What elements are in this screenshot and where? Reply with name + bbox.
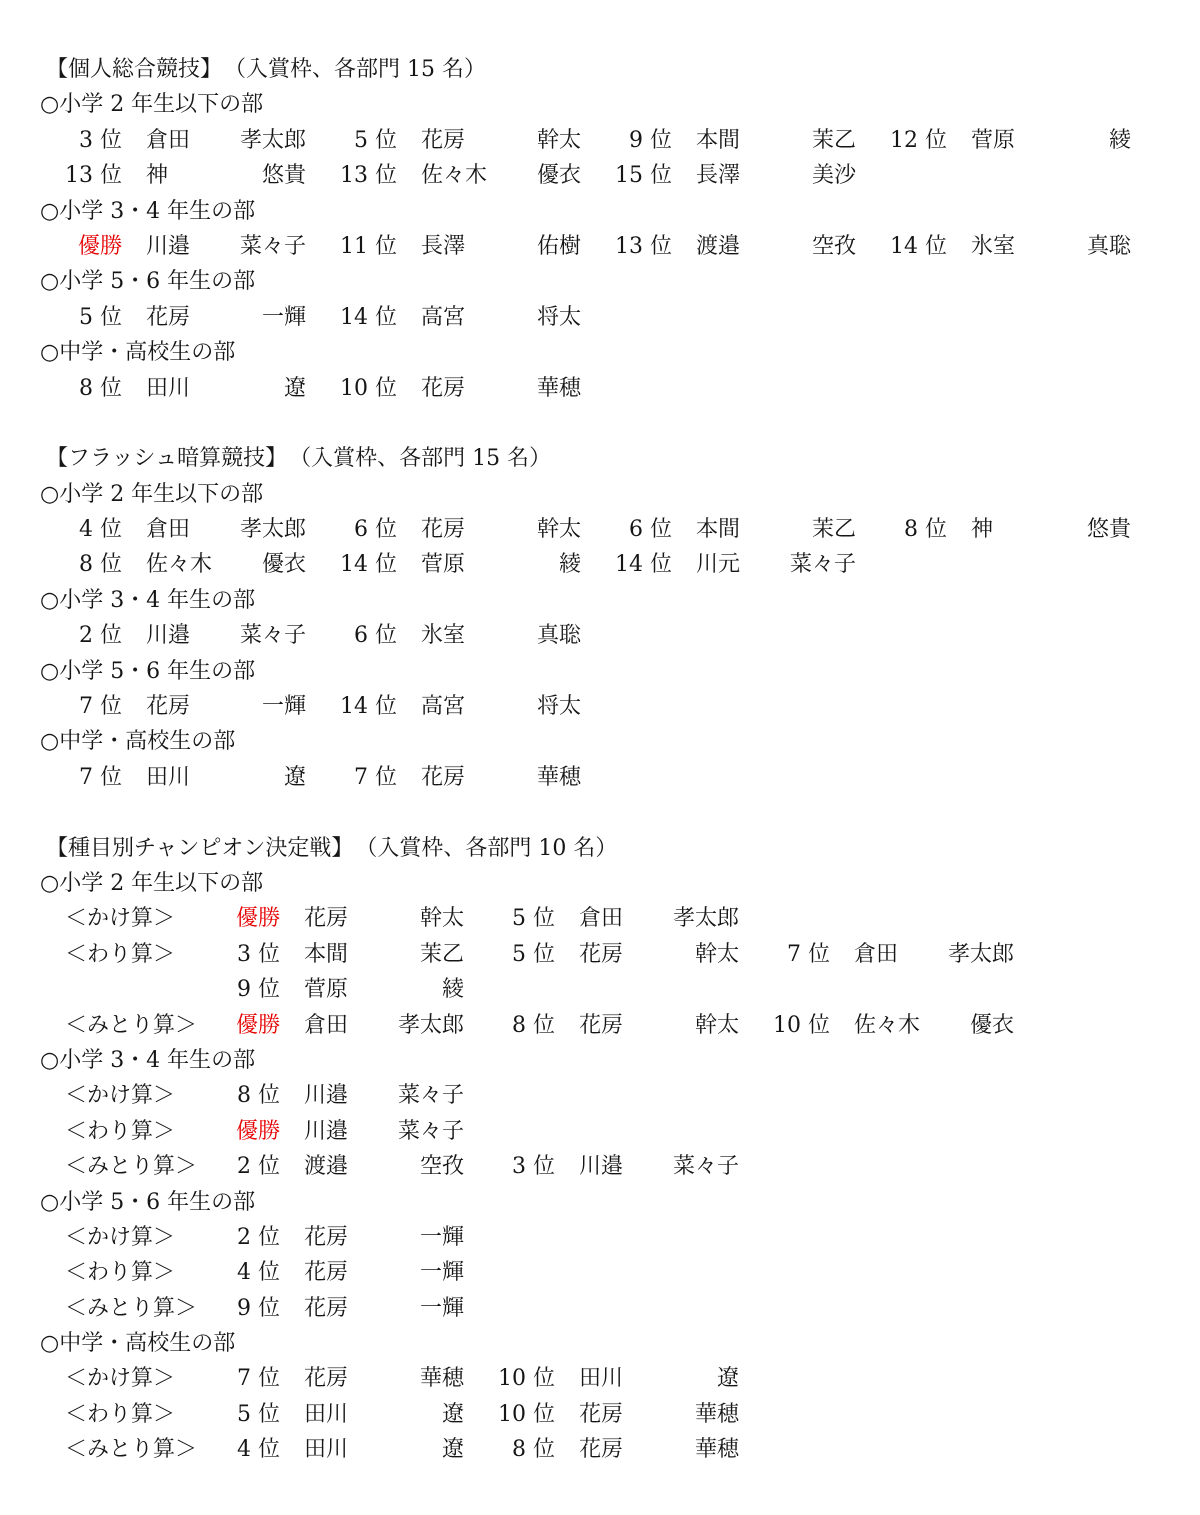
result-entry: 7 位田川遼 [38, 760, 313, 795]
surname-cell: 長澤 [421, 229, 515, 264]
group-label-line: ○小学 3・4 年生の部 [0, 1043, 1200, 1078]
rank-cell: 2 位 [196, 1149, 280, 1184]
rank-cell: 7 位 [38, 760, 122, 795]
result-entry: 6 位花房幹太 [313, 512, 588, 547]
result-entry: 12 位菅原綾 [863, 123, 1138, 158]
surname-cell: 氷室 [971, 229, 1065, 264]
group-label: ○小学 5・6 年生の部 [40, 1185, 255, 1220]
result-row: ＜みとり算＞4 位田川遼8 位花房華穂 [0, 1432, 1200, 1467]
given-name-cell: 一輝 [398, 1291, 464, 1326]
rank-cell: 13 位 [588, 229, 672, 264]
rank-cell: 4 位 [196, 1255, 280, 1290]
section-spacer [0, 406, 1200, 441]
result-row: ＜みとり算＞2 位渡邉空孜3 位川邉菜々子 [0, 1149, 1200, 1184]
given-name-cell: 一輝 [240, 300, 306, 335]
surname-cell: 本間 [696, 123, 790, 158]
group-label: ○小学 2 年生以下の部 [40, 87, 263, 122]
given-name-cell: 菜々子 [398, 1114, 464, 1149]
result-entry: 3 位倉田孝太郎 [38, 123, 313, 158]
group-label-line: ○小学 5・6 年生の部 [0, 1185, 1200, 1220]
group-label: ○中学・高校生の部 [40, 335, 235, 370]
surname-cell: 川邉 [304, 1078, 398, 1113]
result-entry: 6 位氷室真聡 [313, 618, 588, 653]
rank-cell: 6 位 [313, 512, 397, 547]
rank-cell: 15 位 [588, 158, 672, 193]
surname-cell: 花房 [146, 300, 240, 335]
rank-cell: 6 位 [588, 512, 672, 547]
rank-cell: 2 位 [38, 618, 122, 653]
surname-cell: 倉田 [579, 901, 673, 936]
given-name-cell: 一輝 [240, 689, 306, 724]
event-label: ＜わり算＞ [65, 1397, 196, 1432]
given-name-cell: 将太 [515, 689, 581, 724]
event-label: ＜かけ算＞ [65, 901, 196, 936]
rank-cell: 7 位 [313, 760, 397, 795]
champion-rank-cell: 優勝 [196, 1008, 280, 1043]
result-entry: 7 位花房華穂 [313, 760, 588, 795]
rank-cell: 13 位 [38, 158, 122, 193]
rank-cell: 14 位 [313, 547, 397, 582]
rank-cell: 9 位 [196, 972, 280, 1007]
result-entry: 8 位佐々木優衣 [38, 547, 313, 582]
given-name-cell: 一輝 [398, 1220, 464, 1255]
champion-rank-cell: 優勝 [196, 1114, 280, 1149]
rank-cell: 9 位 [588, 123, 672, 158]
given-name-cell: 茉乙 [790, 123, 856, 158]
given-name-cell: 佑樹 [515, 229, 581, 264]
rank-cell: 12 位 [863, 123, 947, 158]
result-row: ＜かけ算＞優勝花房幹太5 位倉田孝太郎 [0, 901, 1200, 936]
given-name-cell: 幹太 [398, 901, 464, 936]
given-name-cell: 華穂 [515, 760, 581, 795]
surname-cell: 佐々木 [421, 158, 515, 193]
given-name-cell: 幹太 [673, 1008, 739, 1043]
rank-cell: 5 位 [471, 937, 555, 972]
event-label: ＜みとり算＞ [65, 1291, 196, 1326]
result-entry: 2 位花房一輝 [196, 1220, 471, 1255]
given-name-cell: 孝太郎 [240, 123, 306, 158]
section-title: 【フラッシュ暗算競技】 [46, 441, 287, 476]
result-entry: 優勝川邉菜々子 [196, 1114, 471, 1149]
surname-cell: 倉田 [146, 123, 240, 158]
rank-cell: 14 位 [313, 689, 397, 724]
surname-cell: 菅原 [971, 123, 1065, 158]
given-name-cell: 華穂 [673, 1397, 739, 1432]
given-name-cell: 悠貴 [1065, 512, 1131, 547]
rank-cell: 3 位 [196, 937, 280, 972]
surname-cell: 花房 [579, 1397, 673, 1432]
surname-cell: 花房 [421, 512, 515, 547]
result-row: 8 位田川遼10 位花房華穂 [0, 371, 1200, 406]
surname-cell: 花房 [579, 1432, 673, 1467]
result-entry: 6 位本間茉乙 [588, 512, 863, 547]
event-label: ＜みとり算＞ [65, 1149, 196, 1184]
result-row: 3 位倉田孝太郎5 位花房幹太9 位本間茉乙12 位菅原綾 [0, 123, 1200, 158]
result-entry: 3 位本間茉乙 [196, 937, 471, 972]
group-label-line: ○中学・高校生の部 [0, 1326, 1200, 1361]
rank-cell: 5 位 [196, 1397, 280, 1432]
given-name-cell: 真聡 [515, 618, 581, 653]
rank-cell: 14 位 [588, 547, 672, 582]
event-label: ＜みとり算＞ [65, 1432, 196, 1467]
result-row: 7 位花房一輝14 位高宮将太 [0, 689, 1200, 724]
rank-cell: 8 位 [863, 512, 947, 547]
rank-cell: 7 位 [746, 937, 830, 972]
result-entry: 14 位氷室真聡 [863, 229, 1138, 264]
result-row: ＜みとり算＞優勝倉田孝太郎8 位花房幹太10 位佐々木優衣 [0, 1008, 1200, 1043]
given-name-cell: 優衣 [515, 158, 581, 193]
section-spacer [0, 795, 1200, 830]
rank-cell: 4 位 [196, 1432, 280, 1467]
group-label-line: ○小学 5・6 年生の部 [0, 264, 1200, 299]
surname-cell: 倉田 [854, 937, 948, 972]
surname-cell: 渡邉 [304, 1149, 398, 1184]
given-name-cell: 菜々子 [398, 1078, 464, 1113]
champion-rank-cell: 優勝 [38, 229, 122, 264]
surname-cell: 高宮 [421, 300, 515, 335]
surname-cell: 倉田 [146, 512, 240, 547]
surname-cell: 渡邉 [696, 229, 790, 264]
surname-cell: 佐々木 [146, 547, 240, 582]
result-entry: 10 位田川遼 [471, 1361, 746, 1396]
given-name-cell: 菜々子 [240, 229, 306, 264]
result-entry: 優勝倉田孝太郎 [196, 1008, 471, 1043]
group-label: ○中学・高校生の部 [40, 1326, 235, 1361]
result-entry: 8 位神悠貴 [863, 512, 1138, 547]
surname-cell: 本間 [304, 937, 398, 972]
surname-cell: 花房 [579, 1008, 673, 1043]
given-name-cell: 遼 [240, 371, 306, 406]
surname-cell: 菅原 [421, 547, 515, 582]
rank-cell: 10 位 [313, 371, 397, 406]
rank-cell: 8 位 [196, 1078, 280, 1113]
group-label: ○小学 5・6 年生の部 [40, 264, 255, 299]
rank-cell: 13 位 [313, 158, 397, 193]
result-entry: 13 位佐々木優衣 [313, 158, 588, 193]
rank-cell: 5 位 [471, 901, 555, 936]
surname-cell: 佐々木 [854, 1008, 948, 1043]
given-name-cell: 遼 [398, 1432, 464, 1467]
given-name-cell: 菜々子 [240, 618, 306, 653]
surname-cell: 花房 [304, 901, 398, 936]
given-name-cell: 菜々子 [790, 547, 856, 582]
surname-cell: 花房 [304, 1361, 398, 1396]
given-name-cell: 華穂 [515, 371, 581, 406]
given-name-cell: 幹太 [673, 937, 739, 972]
given-name-cell: 孝太郎 [948, 937, 1014, 972]
group-label-line: ○小学 3・4 年生の部 [0, 583, 1200, 618]
rank-cell: 10 位 [471, 1397, 555, 1432]
result-entry: 14 位高宮将太 [313, 689, 588, 724]
given-name-cell: 孝太郎 [398, 1008, 464, 1043]
surname-cell: 川邉 [579, 1149, 673, 1184]
group-label-line: ○小学 2 年生以下の部 [0, 477, 1200, 512]
surname-cell: 田川 [304, 1432, 398, 1467]
rank-cell: 6 位 [313, 618, 397, 653]
group-label: ○小学 3・4 年生の部 [40, 1043, 255, 1078]
given-name-cell: 将太 [515, 300, 581, 335]
surname-cell: 田川 [146, 371, 240, 406]
section-quota-note: （入賞枠、各部門 15 名） [224, 52, 486, 87]
given-name-cell: 遼 [673, 1361, 739, 1396]
result-entry: 13 位神悠貴 [38, 158, 313, 193]
result-entry: 2 位渡邉空孜 [196, 1149, 471, 1184]
given-name-cell: 華穂 [673, 1432, 739, 1467]
surname-cell: 花房 [421, 371, 515, 406]
result-entry: 11 位長澤佑樹 [313, 229, 588, 264]
result-entry: 8 位花房華穂 [471, 1432, 746, 1467]
result-entry: 8 位田川遼 [38, 371, 313, 406]
surname-cell: 花房 [146, 689, 240, 724]
given-name-cell: 優衣 [240, 547, 306, 582]
rank-cell: 14 位 [863, 229, 947, 264]
surname-cell: 川邉 [146, 229, 240, 264]
result-entry: 15 位長澤美沙 [588, 158, 863, 193]
surname-cell: 本間 [696, 512, 790, 547]
event-label: ＜わり算＞ [65, 937, 196, 972]
rank-cell: 5 位 [313, 123, 397, 158]
result-row: 9 位菅原綾 [0, 972, 1200, 1007]
result-entry: 5 位花房一輝 [38, 300, 313, 335]
group-label: ○小学 2 年生以下の部 [40, 477, 263, 512]
surname-cell: 田川 [146, 760, 240, 795]
surname-cell: 花房 [421, 760, 515, 795]
result-entry: 10 位花房華穂 [313, 371, 588, 406]
result-entry: 3 位川邉菜々子 [471, 1149, 746, 1184]
result-row: 5 位花房一輝14 位高宮将太 [0, 300, 1200, 335]
given-name-cell: 一輝 [398, 1255, 464, 1290]
surname-cell: 花房 [304, 1220, 398, 1255]
given-name-cell: 空孜 [398, 1149, 464, 1184]
surname-cell: 田川 [579, 1361, 673, 1396]
rank-cell: 11 位 [313, 229, 397, 264]
rank-cell: 3 位 [471, 1149, 555, 1184]
result-row: ＜みとり算＞9 位花房一輝 [0, 1291, 1200, 1326]
surname-cell: 長澤 [696, 158, 790, 193]
surname-cell: 花房 [421, 123, 515, 158]
group-label: ○中学・高校生の部 [40, 724, 235, 759]
result-row: 7 位田川遼7 位花房華穂 [0, 760, 1200, 795]
given-name-cell: 綾 [1065, 123, 1131, 158]
result-entry: 9 位花房一輝 [196, 1291, 471, 1326]
result-entry: 7 位倉田孝太郎 [746, 937, 1021, 972]
given-name-cell: 綾 [515, 547, 581, 582]
section-title: 【個人総合競技】 [46, 52, 222, 87]
result-row: ＜わり算＞5 位田川遼10 位花房華穂 [0, 1397, 1200, 1432]
rank-cell: 2 位 [196, 1220, 280, 1255]
event-label: ＜かけ算＞ [65, 1361, 196, 1396]
result-entry: 5 位田川遼 [196, 1397, 471, 1432]
group-label-line: ○小学 3・4 年生の部 [0, 194, 1200, 229]
result-entry: 9 位菅原綾 [196, 972, 471, 1007]
event-label: ＜わり算＞ [65, 1255, 196, 1290]
surname-cell: 神 [971, 512, 1065, 547]
result-entry: 5 位倉田孝太郎 [471, 901, 746, 936]
result-entry: 5 位花房幹太 [471, 937, 746, 972]
given-name-cell: 綾 [398, 972, 464, 1007]
result-row: ＜かけ算＞7 位花房華穂10 位田川遼 [0, 1361, 1200, 1396]
result-entry: 4 位倉田孝太郎 [38, 512, 313, 547]
result-entry: 7 位花房一輝 [38, 689, 313, 724]
section-title-line: 【フラッシュ暗算競技】（入賞枠、各部門 15 名） [0, 441, 1200, 476]
given-name-cell: 幹太 [515, 123, 581, 158]
section-title-line: 【種目別チャンピオン決定戦】（入賞枠、各部門 10 名） [0, 831, 1200, 866]
surname-cell: 花房 [304, 1255, 398, 1290]
rank-cell: 4 位 [38, 512, 122, 547]
section-quota-note: （入賞枠、各部門 15 名） [289, 441, 551, 476]
rank-cell: 8 位 [38, 547, 122, 582]
group-label-line: ○中学・高校生の部 [0, 335, 1200, 370]
result-row: ＜かけ算＞8 位川邉菜々子 [0, 1078, 1200, 1113]
section-title-line: 【個人総合競技】（入賞枠、各部門 15 名） [0, 52, 1200, 87]
rank-cell: 8 位 [38, 371, 122, 406]
champion-rank-cell: 優勝 [196, 901, 280, 936]
result-entry: 9 位本間茉乙 [588, 123, 863, 158]
given-name-cell: 菜々子 [673, 1149, 739, 1184]
result-row: 13 位神悠貴13 位佐々木優衣15 位長澤美沙 [0, 158, 1200, 193]
surname-cell: 倉田 [304, 1008, 398, 1043]
surname-cell: 菅原 [304, 972, 398, 1007]
given-name-cell: 真聡 [1065, 229, 1131, 264]
rank-cell: 9 位 [196, 1291, 280, 1326]
surname-cell: 川邉 [146, 618, 240, 653]
group-label: ○小学 3・4 年生の部 [40, 194, 255, 229]
given-name-cell: 茉乙 [790, 512, 856, 547]
event-label: ＜みとり算＞ [65, 1008, 196, 1043]
results-document: 【個人総合競技】（入賞枠、各部門 15 名）○小学 2 年生以下の部3 位倉田孝… [0, 0, 1200, 1468]
surname-cell: 川邉 [304, 1114, 398, 1149]
given-name-cell: 孝太郎 [673, 901, 739, 936]
surname-cell: 川元 [696, 547, 790, 582]
result-row: ＜わり算＞3 位本間茉乙5 位花房幹太7 位倉田孝太郎 [0, 937, 1200, 972]
result-entry: 8 位花房幹太 [471, 1008, 746, 1043]
result-entry: 14 位菅原綾 [313, 547, 588, 582]
given-name-cell: 優衣 [948, 1008, 1014, 1043]
result-row: ＜わり算＞優勝川邉菜々子 [0, 1114, 1200, 1149]
result-row: ＜わり算＞4 位花房一輝 [0, 1255, 1200, 1290]
result-entry: 13 位渡邉空孜 [588, 229, 863, 264]
surname-cell: 田川 [304, 1397, 398, 1432]
section-title: 【種目別チャンピオン決定戦】 [46, 831, 353, 866]
rank-cell: 8 位 [471, 1432, 555, 1467]
rank-cell: 7 位 [38, 689, 122, 724]
group-label: ○小学 5・6 年生の部 [40, 654, 255, 689]
group-label-line: ○小学 5・6 年生の部 [0, 654, 1200, 689]
result-entry: 5 位花房幹太 [313, 123, 588, 158]
rank-cell: 5 位 [38, 300, 122, 335]
surname-cell: 高宮 [421, 689, 515, 724]
given-name-cell: 空孜 [790, 229, 856, 264]
rank-cell: 10 位 [471, 1361, 555, 1396]
event-label: ＜かけ算＞ [65, 1220, 196, 1255]
result-entry: 優勝花房幹太 [196, 901, 471, 936]
rank-cell: 14 位 [313, 300, 397, 335]
group-label-line: ○小学 2 年生以下の部 [0, 87, 1200, 122]
section-quota-note: （入賞枠、各部門 10 名） [355, 831, 617, 866]
event-label: ＜わり算＞ [65, 1114, 196, 1149]
rank-cell: 3 位 [38, 123, 122, 158]
given-name-cell: 孝太郎 [240, 512, 306, 547]
group-label: ○小学 3・4 年生の部 [40, 583, 255, 618]
given-name-cell: 美沙 [790, 158, 856, 193]
result-entry: 8 位川邉菜々子 [196, 1078, 471, 1113]
result-row: 8 位佐々木優衣14 位菅原綾14 位川元菜々子 [0, 547, 1200, 582]
given-name-cell: 幹太 [515, 512, 581, 547]
group-label-line: ○小学 2 年生以下の部 [0, 866, 1200, 901]
result-entry: 14 位高宮将太 [313, 300, 588, 335]
result-row: ＜かけ算＞2 位花房一輝 [0, 1220, 1200, 1255]
given-name-cell: 悠貴 [240, 158, 306, 193]
surname-cell: 花房 [304, 1291, 398, 1326]
given-name-cell: 茉乙 [398, 937, 464, 972]
result-entry: 14 位川元菜々子 [588, 547, 863, 582]
result-entry: 7 位花房華穂 [196, 1361, 471, 1396]
result-entry: 10 位佐々木優衣 [746, 1008, 1021, 1043]
group-label-line: ○中学・高校生の部 [0, 724, 1200, 759]
given-name-cell: 華穂 [398, 1361, 464, 1396]
group-label: ○小学 2 年生以下の部 [40, 866, 263, 901]
result-row: 優勝川邉菜々子11 位長澤佑樹13 位渡邉空孜14 位氷室真聡 [0, 229, 1200, 264]
surname-cell: 神 [146, 158, 240, 193]
result-entry: 2 位川邉菜々子 [38, 618, 313, 653]
result-entry: 4 位田川遼 [196, 1432, 471, 1467]
given-name-cell: 遼 [398, 1397, 464, 1432]
given-name-cell: 遼 [240, 760, 306, 795]
result-entry: 優勝川邉菜々子 [38, 229, 313, 264]
result-entry: 10 位花房華穂 [471, 1397, 746, 1432]
event-label: ＜かけ算＞ [65, 1078, 196, 1113]
surname-cell: 花房 [579, 937, 673, 972]
result-row: 2 位川邉菜々子6 位氷室真聡 [0, 618, 1200, 653]
rank-cell: 8 位 [471, 1008, 555, 1043]
rank-cell: 10 位 [746, 1008, 830, 1043]
result-entry: 4 位花房一輝 [196, 1255, 471, 1290]
rank-cell: 7 位 [196, 1361, 280, 1396]
result-row: 4 位倉田孝太郎6 位花房幹太6 位本間茉乙8 位神悠貴 [0, 512, 1200, 547]
surname-cell: 氷室 [421, 618, 515, 653]
